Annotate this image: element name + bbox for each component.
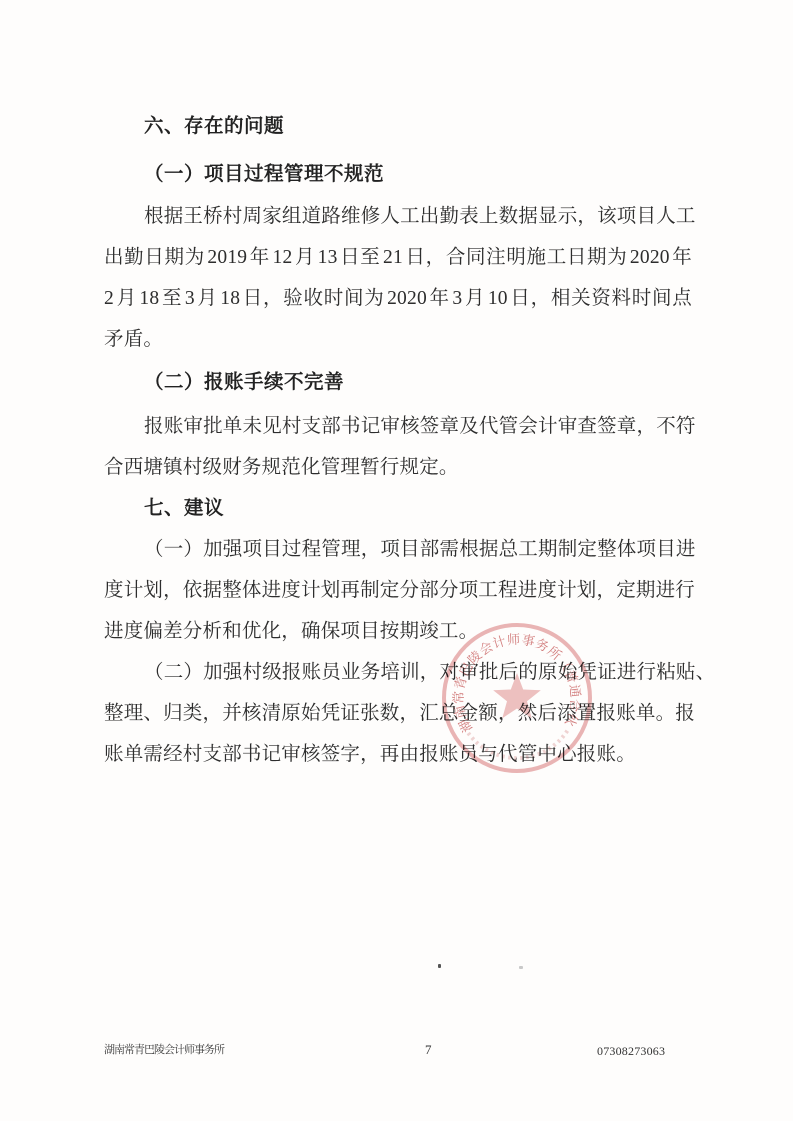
heading-text: （二）报账手续不完善 <box>104 362 692 403</box>
paragraph: 根据王桥村周家组道路维修人工出勤表上数据显示，该项目人工 出勤日期为 2019 … <box>104 196 692 360</box>
footer-page-number: 7 <box>425 1042 432 1058</box>
paragraph: （一）加强项目过程管理，项目部需根据总工期制定整体项目进 度计划，依据整体进度计… <box>104 529 692 652</box>
text-line: 根据王桥村周家组道路维修人工出勤表上数据显示，该项目人工 <box>104 196 692 237</box>
paragraph: 报账审批单未见村支部书记审核签章及代管会计审查签章，不符 合西塘镇村级财务规范化… <box>104 406 692 488</box>
text-line: 合西塘镇村级财务规范化管理暂行规定。 <box>104 447 692 488</box>
text-line: 出勤日期为 2019 年 12 月 13 日至 21 日，合同注明施工日期为 2… <box>104 237 692 278</box>
text-line: 报账审批单未见村支部书记审核签章及代管会计审查签章，不符 <box>104 406 692 447</box>
document-page: 六、存在的问题 （一）项目过程管理不规范 根据王桥村周家组道路维修人工出勤表上数… <box>0 0 793 1121</box>
heading-text: （一）项目过程管理不规范 <box>104 154 692 195</box>
subsection-heading: （二）报账手续不完善 <box>104 362 692 403</box>
heading-text: 七、建议 <box>104 488 692 529</box>
section-heading: 七、建议 <box>104 488 692 529</box>
text-line: 矛盾。 <box>104 319 692 360</box>
text-line: 进度偏差分析和优化，确保项目按期竣工。 <box>104 611 692 652</box>
text-line: 整理、归类，并核清原始凭证张数，汇总金额，然后添置报账单。报 <box>104 693 692 734</box>
heading-text: 六、存在的问题 <box>104 106 692 147</box>
text-line: （二）加强村级报账员业务培训，对审批后的原始凭证进行粘贴、 <box>104 652 692 693</box>
document-body: 六、存在的问题 （一）项目过程管理不规范 根据王桥村周家组道路维修人工出勤表上数… <box>104 106 692 775</box>
footer-code: 07308273063 <box>597 1043 665 1059</box>
section-heading: 六、存在的问题 <box>104 106 692 147</box>
footer-firm-name: 湖南常青巴陵会计师事务所 <box>104 1042 224 1058</box>
text-line: （一）加强项目过程管理，项目部需根据总工期制定整体项目进 <box>104 529 692 570</box>
text-line: 账单需经村支部书记审核签字，再由报账员与代管中心报账。 <box>104 734 692 775</box>
scan-speck <box>519 966 523 969</box>
text-line: 度计划，依据整体进度计划再制定分部分项工程进度计划，定期进行 <box>104 570 692 611</box>
subsection-heading: （一）项目过程管理不规范 <box>104 154 692 195</box>
text-line: 2 月 18 至 3 月 18 日，验收时间为 2020 年 3 月 10 日，… <box>104 278 692 319</box>
paragraph: （二）加强村级报账员业务培训，对审批后的原始凭证进行粘贴、 整理、归类，并核清原… <box>104 652 692 775</box>
scan-speck <box>438 964 441 968</box>
